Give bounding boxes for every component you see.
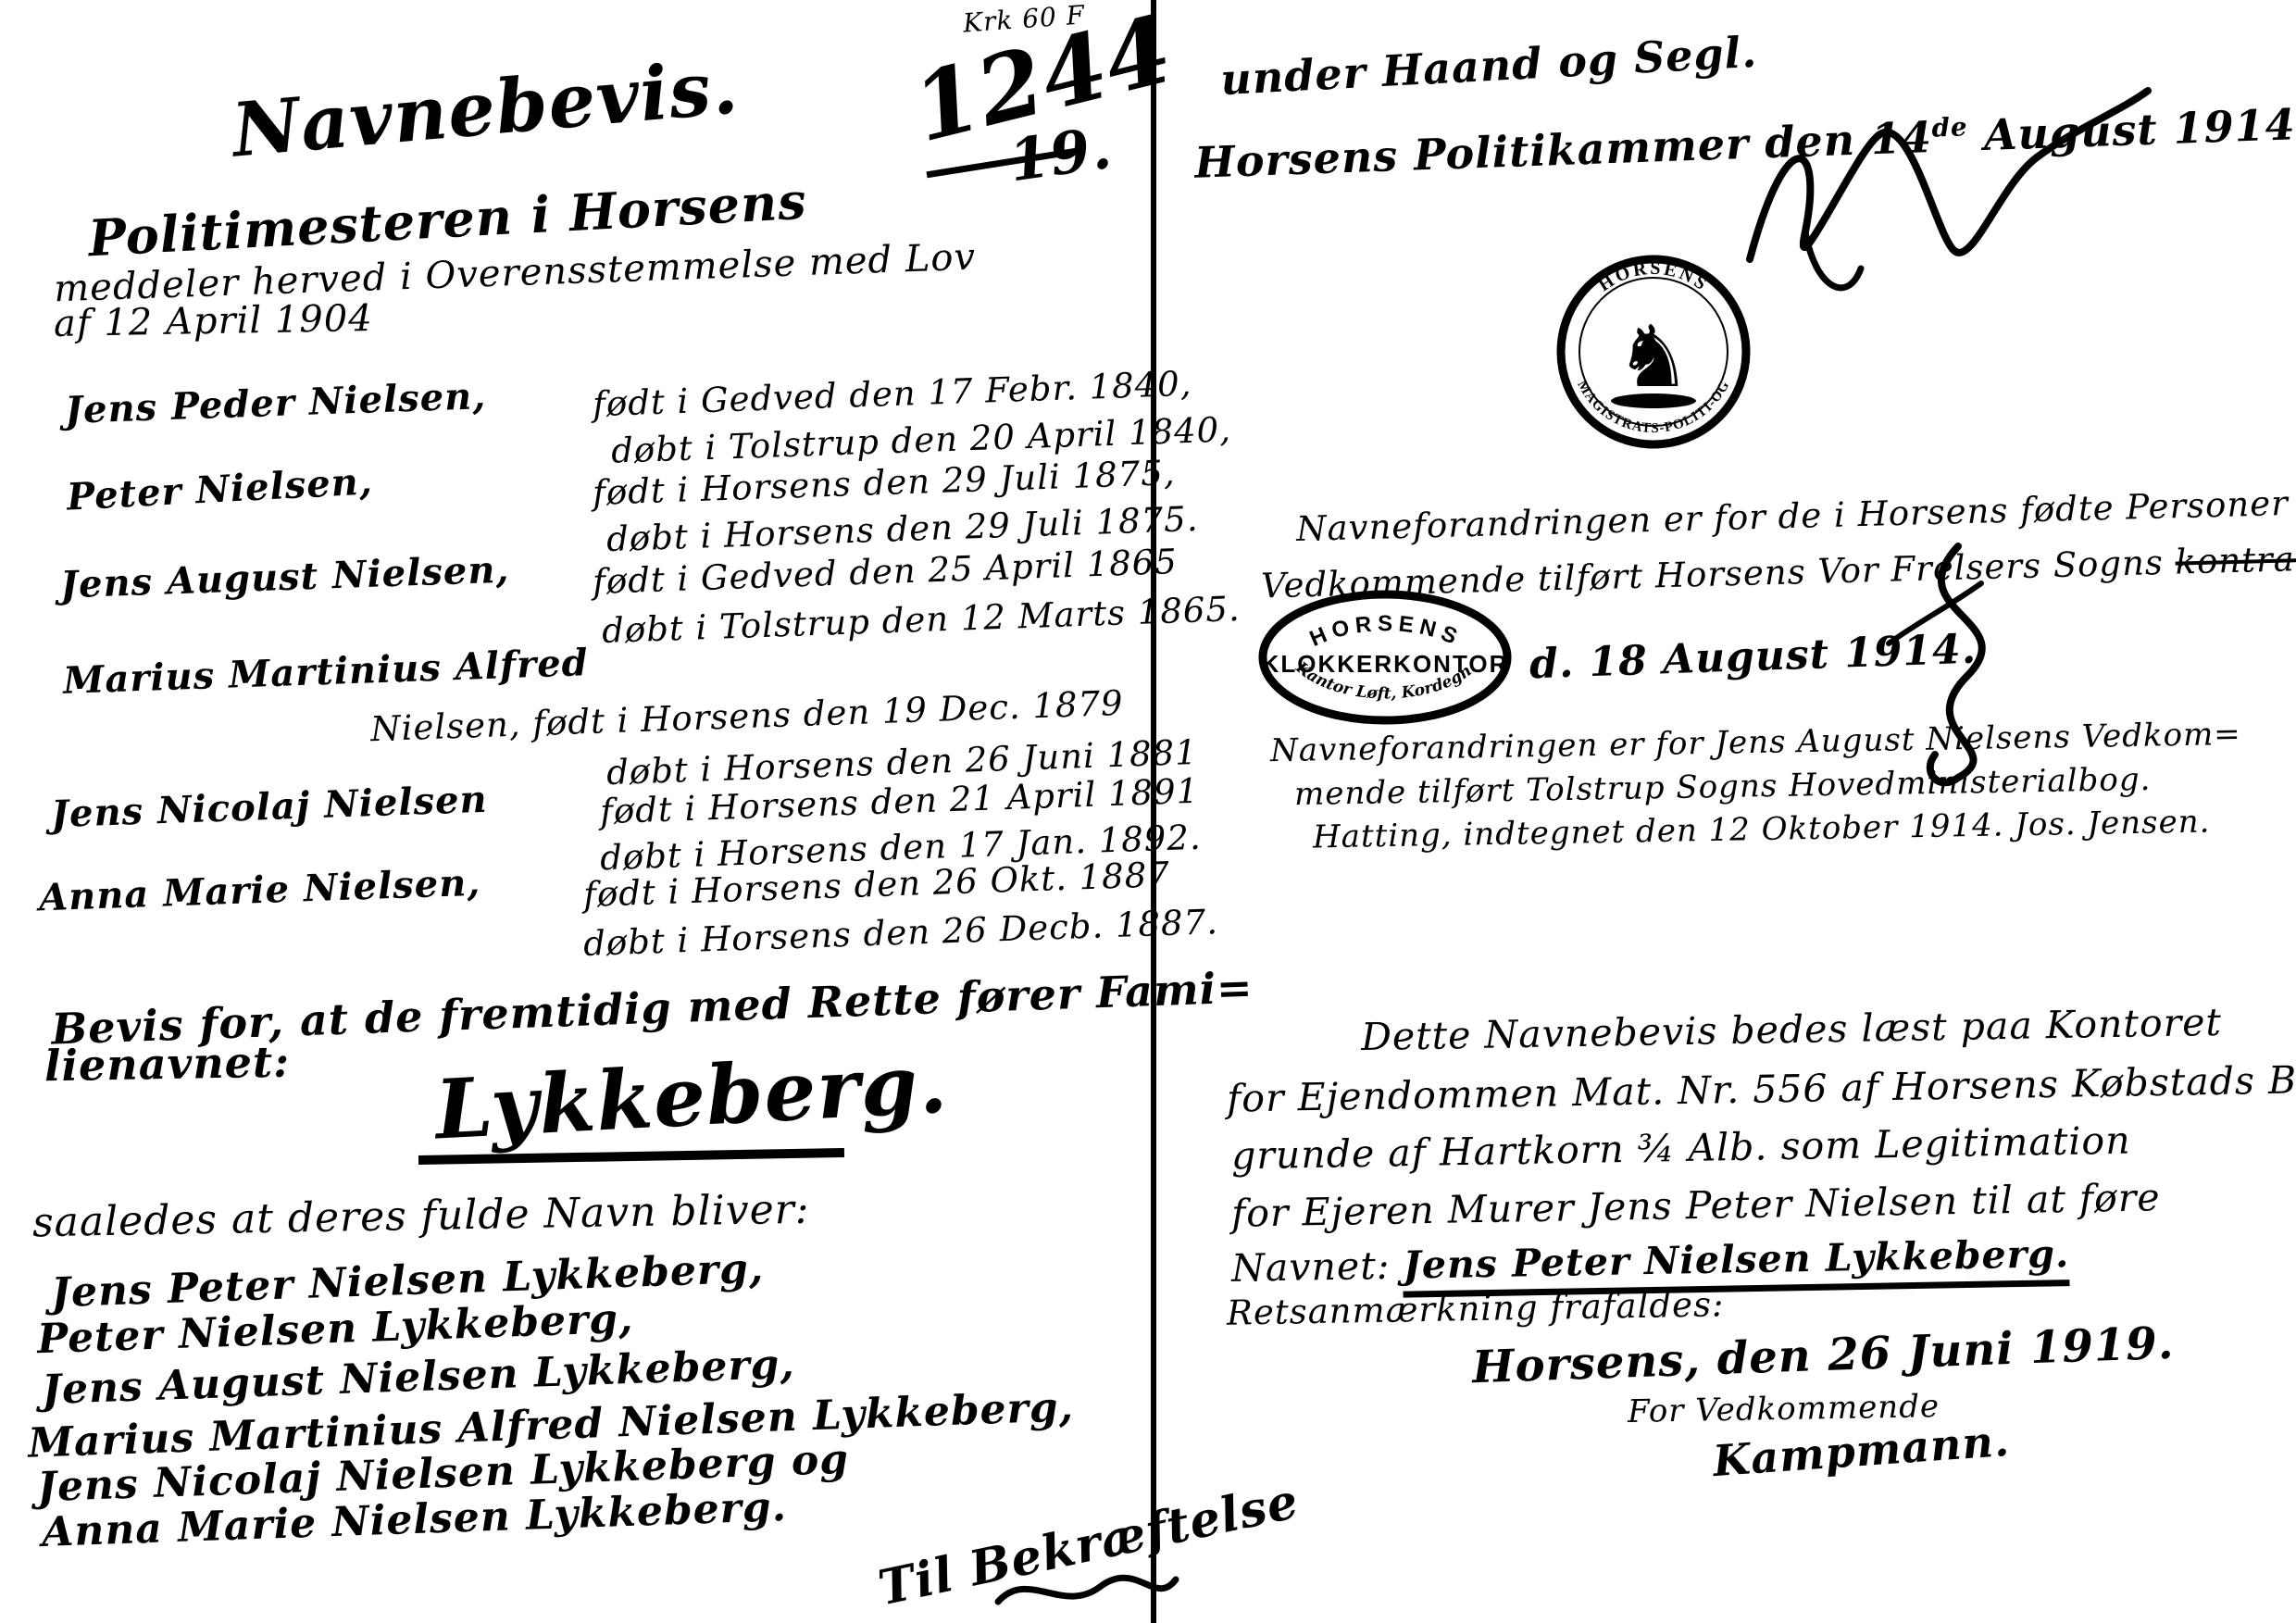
person-name: Jens Peder Nielsen, <box>64 374 487 432</box>
person-name: Marius Martinius Alfred <box>62 641 589 703</box>
seal-clause-line: under Haand og Segl. <box>1219 27 1758 105</box>
tolstrup-note-line-3: Hatting, indtegnet den 12 Oktober 1914. … <box>1313 804 2211 856</box>
remark-line: Retsanmærkning frafaldes: <box>1227 1284 1725 1332</box>
declaration-line-2: lienavnet: <box>44 1037 291 1092</box>
registry-line-3: grunde af Hartkorn ¾ Alb. som Legitimati… <box>1231 1118 2131 1179</box>
tolstrup-note-line-2: mende tilført Tolstrup Sogns Hovedminist… <box>1294 761 2152 813</box>
registry-line-2: for Ejendommen Mat. Nr. 556 af Horsens K… <box>1227 1056 2296 1120</box>
person-name: Anna Marie Nielsen, <box>38 861 481 920</box>
new-family-name: Lykkeberg. <box>433 1035 951 1158</box>
church-note-line-1: Navneforandringen er for de i Horsens fø… <box>1296 483 2290 549</box>
klokkerkontor-stamp: HORSENS KLOKKERKONTOR Kantor Løft, Korde… <box>1255 587 1515 728</box>
page-title: Navnebevis. <box>229 43 742 173</box>
person-name: Jens Nicolaj Nielsen <box>50 778 488 836</box>
journal-year: 19. <box>1004 114 1116 195</box>
registry-line-1: Dette Navnebevis bedes læst paa Kontoret <box>1361 1000 2223 1059</box>
person-name: Peter Nielsen, <box>66 459 374 518</box>
final-dateline: Horsens, den 26 Juni 1919. <box>1471 1317 2175 1393</box>
registry-name-label: Navnet: <box>1231 1243 1404 1291</box>
seal-ring-text-top: HORSENS <box>1595 258 1713 296</box>
church-note-struck-word: kontraprotokoller <box>2175 534 2296 582</box>
scanned-name-certificate: Krk 60 F 1244 19. Navnebevis. Politimest… <box>0 0 2296 1623</box>
seal-ground-shape <box>1611 393 1696 408</box>
person-name: Jens August Nielsen, <box>59 548 510 607</box>
police-seal: HORSENS MAGISTRATS-POLITI-OG ♞ <box>1554 245 1753 458</box>
horse-rider-emblem: ♞ <box>1616 307 1691 406</box>
stamp-line-1: HORSENS <box>1306 611 1466 652</box>
policemaster-signature-scribble <box>1722 74 2157 333</box>
intro-line-3: af 12 April 1904 <box>54 297 373 345</box>
attestation-signature-scribble <box>991 1563 1185 1620</box>
so-that-line: saaledes at deres fulde Navn bliver: <box>32 1186 810 1247</box>
registry-line-4: for Ejeren Murer Jens Peter Nielsen til … <box>1231 1175 2161 1236</box>
registry-line-5: Navnet: Jens Peter Nielsen Lykkeberg. <box>1231 1231 2070 1291</box>
